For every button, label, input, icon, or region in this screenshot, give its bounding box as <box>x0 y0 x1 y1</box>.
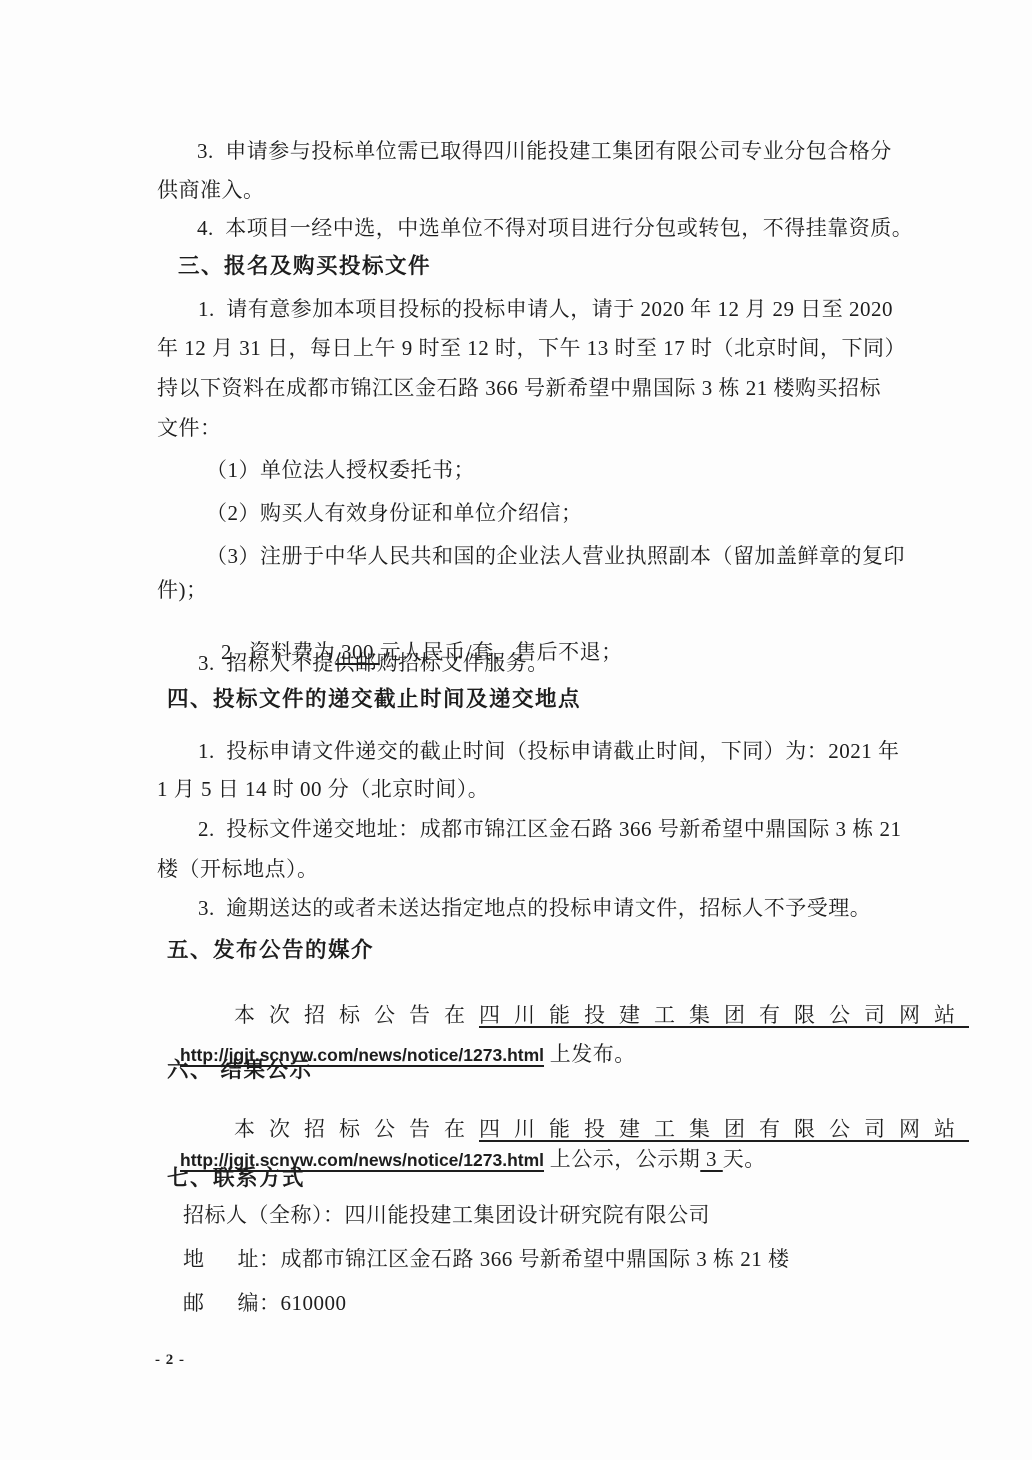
publicity-days: 3 <box>700 1147 723 1171</box>
tenderer-name-line: 招标人（全称）：四川能投建工集团设计研究院有限公司 <box>183 1202 710 1229</box>
section-3-subitem-1: （1）单位法人授权委托书； <box>206 457 475 484</box>
publish-text-post: 上发布。 <box>544 1042 636 1066</box>
section-4-item-1-line-1: 1. 投标申请文件递交的截止时间（投标申请截止时间，下同）为：2021 年 <box>198 738 900 765</box>
section-5-heading: 五、发布公告的媒介 <box>167 937 374 964</box>
section-4-item-3: 3. 逾期送达的或者未送达指定地点的投标申请文件，招标人不予受理。 <box>198 895 871 922</box>
result-text-mid: 上公示，公示期 <box>544 1147 700 1171</box>
section-7-heading: 七、联系方式 <box>167 1165 305 1192</box>
result-text-end: 天。 <box>723 1147 766 1171</box>
clause-3-line-1: 3. 申请参与投标单位需已取得四川能投建工集团有限公司专业分包合格分 <box>197 138 892 165</box>
postcode-line: 邮 编：610000 <box>183 1290 347 1317</box>
section-3-item-1-line-2: 年 12 月 31 日，每日上午 9 时至 12 时，下午 13 时至 17 时… <box>157 335 906 362</box>
section-3-item-1-line-3: 持以下资料在成都市锦江区金石路 366 号新希望中鼎国际 3 栋 21 楼购买招… <box>157 375 881 402</box>
section-4-heading: 四、投标文件的递交截止时间及递交地点 <box>167 686 581 713</box>
section-3-item-1-line-4: 文件： <box>157 415 222 442</box>
section-4-item-2-line-2: 楼（开标地点）。 <box>157 856 319 883</box>
section-3-subitem-3-line-2: 件)； <box>157 577 208 604</box>
clause-4: 4. 本项目一经中选，中选单位不得对项目进行分包或转包，不得挂靠资质。 <box>197 215 913 242</box>
section-6-heading: 六、 结果公示 <box>167 1057 312 1084</box>
section-3-subitem-3-line-1: （3）注册于中华人民共和国的企业法人营业执照副本（留加盖鲜章的复印 <box>206 543 905 570</box>
section-4-item-1-line-2: 1 月 5 日 14 时 00 分（北京时间）。 <box>157 776 489 803</box>
section-3-heading: 三、报名及购买投标文件 <box>178 253 431 280</box>
section-3-item-3: 3. 招标人不提供邮购招标文件服务。 <box>198 650 549 677</box>
page-number: - 2 - <box>155 1352 185 1369</box>
section-3-item-1-line-1: 1. 请有意参加本项目投标的投标申请人，请于 2020 年 12 月 29 日至… <box>198 296 893 323</box>
clause-3-line-2: 供商准入。 <box>157 177 265 204</box>
document-page: 3. 申请参与投标单位需已取得四川能投建工集团有限公司专业分包合格分 供商准入。… <box>0 0 1032 1460</box>
section-4-item-2-line-1: 2. 投标文件递交地址：成都市锦江区金石路 366 号新希望中鼎国际 3 栋 2… <box>198 816 902 843</box>
section-3-subitem-2: （2）购买人有效身份证和单位介绍信； <box>206 500 583 527</box>
address-line: 地 址：成都市锦江区金石路 366 号新希望中鼎国际 3 栋 21 楼 <box>183 1246 790 1273</box>
